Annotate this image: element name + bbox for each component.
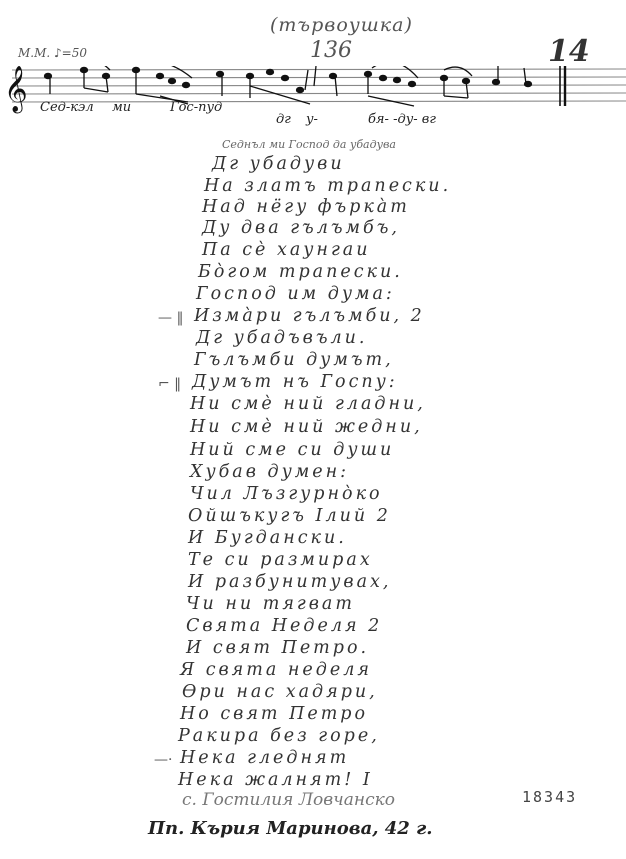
archive-number: 18343 <box>522 788 577 806</box>
verse-line: Ни смѐ ний гладни, <box>190 394 426 414</box>
verse-line: Нека гледнят <box>180 748 349 768</box>
verse-line: И разбунитувах, <box>188 572 391 592</box>
lyric-syllable: Гос-пуд <box>170 100 222 115</box>
margin-mark: —· <box>154 752 172 768</box>
verse-line: Чи ни тягват <box>186 594 355 614</box>
page-number: 136 <box>310 38 352 63</box>
verse-line: Хубав думен: <box>190 462 349 482</box>
verse-line: Нека жалнят! I <box>178 770 373 790</box>
lyric-syllable: у- <box>306 112 318 127</box>
verse-line: Ракира без горе, <box>178 726 380 746</box>
treble-clef-icon: 𝄞 <box>4 66 28 114</box>
header-title: (тървоушка) <box>270 14 413 36</box>
song-number: 14 <box>548 34 590 69</box>
verse-line: И свят Петро. <box>186 638 369 658</box>
verse-line: И Бугдански. <box>188 528 347 548</box>
verse-line: Я свята неделя <box>180 660 372 680</box>
verse-line: Свята Неделя 2 <box>186 616 382 636</box>
svg-text:𝄞: 𝄞 <box>4 66 28 114</box>
lyric-syllable: дг <box>276 112 291 127</box>
verse-line: Дг убадуви <box>212 154 345 174</box>
margin-mark: ⌐ ‖ <box>158 376 181 392</box>
verse-line: Ду два гълъмбъ, <box>202 218 400 238</box>
lyric-syllable: Сед-кэл <box>40 100 94 115</box>
verse-line: Изма̀ри гълъмби, 2 <box>194 306 425 326</box>
verse-line: Бо̀гом трапески. <box>198 262 403 282</box>
verse-line: Па сѐ хаунгаи <box>202 240 371 260</box>
margin-mark: — ‖ <box>158 310 183 326</box>
verse-line: Ойшъкугъ Ілий 2 <box>188 506 391 526</box>
verse-line: Те си размирах <box>188 550 373 570</box>
lyric-syllable: ми <box>112 100 131 115</box>
verse-line: Ний сме си души <box>190 440 394 460</box>
recording-place: с. Гостилия Ловчанско <box>182 790 395 810</box>
music-staff: 𝄞 <box>0 66 626 114</box>
verse-line: Гълъмби думът, <box>194 350 394 370</box>
song-subtitle: Седнъл ми Господ да убадува <box>222 138 396 151</box>
verse-line: Дг убадъвъли. <box>196 328 367 348</box>
verse-line: Ѳри нас хадяри, <box>182 682 378 702</box>
tempo-marking: M.M. ♪=50 <box>18 46 87 60</box>
verse-line: Думът нъ Госпу: <box>192 372 398 392</box>
verse-line: Над нёгу фърка̀т <box>202 197 410 217</box>
verse-line: На златъ трапески. <box>204 176 451 196</box>
verse-line: Ни смѐ ний жедни, <box>190 417 423 437</box>
verse-line: Но свят Петро <box>180 704 368 724</box>
verse-line: Господ им дума: <box>196 284 395 304</box>
verse-line: Чил Лъзгурно̀ко <box>190 484 383 504</box>
lyric-syllable: бя- -ду- вг <box>368 112 436 127</box>
singer-name: Пп. Кърия Маринова, 42 г. <box>148 818 432 839</box>
